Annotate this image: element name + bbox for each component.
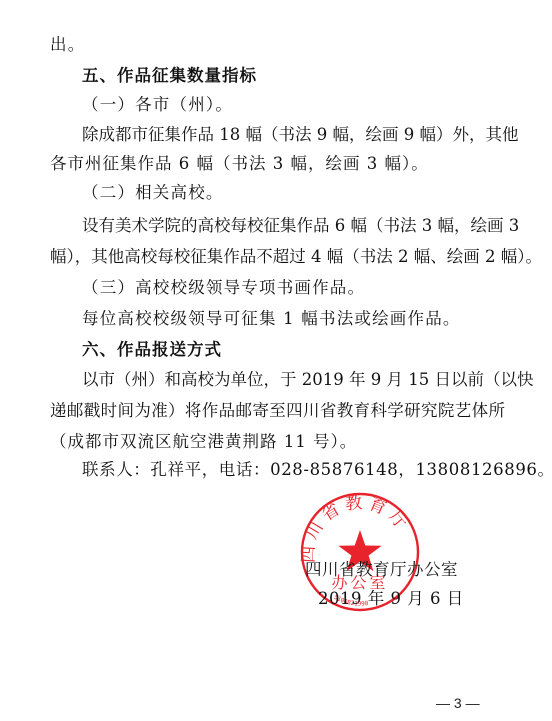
paragraph-line: 每位高校校级领导可征集 1 幅书法或绘画作品。 [82,309,461,329]
paragraph-line: 除成都市征集作品 18 幅（书法 9 幅，绘画 9 幅）外，其他 [82,125,505,145]
paragraph-line: （成都市双流区航空港黄荆路 11 号）。 [50,432,357,452]
paragraph-line: 设有美术学院的高校每校征集作品 6 幅（书法 3 幅，绘画 3 [82,216,505,236]
continuation-line: 出。 [50,35,85,55]
issuer-signature: 四川省教育厅办公室 [305,560,458,580]
section-heading-five: 五、作品征集数量指标 [82,66,257,86]
subsection-heading-universities: （二）相关高校。 [82,183,224,203]
contact-line: 联系人：孔祥平，电话：028-85876148，13808126896。 [82,460,552,480]
document-page: 出。 五、作品征集数量指标 （一）各市（州）。 除成都市征集作品 18 幅（书法… [0,0,552,721]
paragraph-line: 幅），其他高校每校征集作品不超过 4 幅（书法 2 幅、绘画 2 幅）。 [50,247,505,267]
paragraph-line: 各市州征集作品 6 幅（书法 3 幅，绘画 3 幅）。 [50,154,429,174]
subsection-heading-leaders: （三）高校校级领导专项书画作品。 [82,278,365,298]
issue-date: 2019 年 9 月 6 日 [318,589,464,609]
paragraph-line: 递邮戳时间为准）将作品邮寄至四川省教育科学研究院艺体所 [50,401,505,421]
page-number: — 3 — [436,694,480,712]
paragraph-line: 以市（州）和高校为单位，于 2019 年 9 月 15 日以前（以快 [82,370,505,390]
subsection-heading-cities: （一）各市（州）。 [82,95,233,115]
section-heading-six: 六、作品报送方式 [82,340,222,360]
